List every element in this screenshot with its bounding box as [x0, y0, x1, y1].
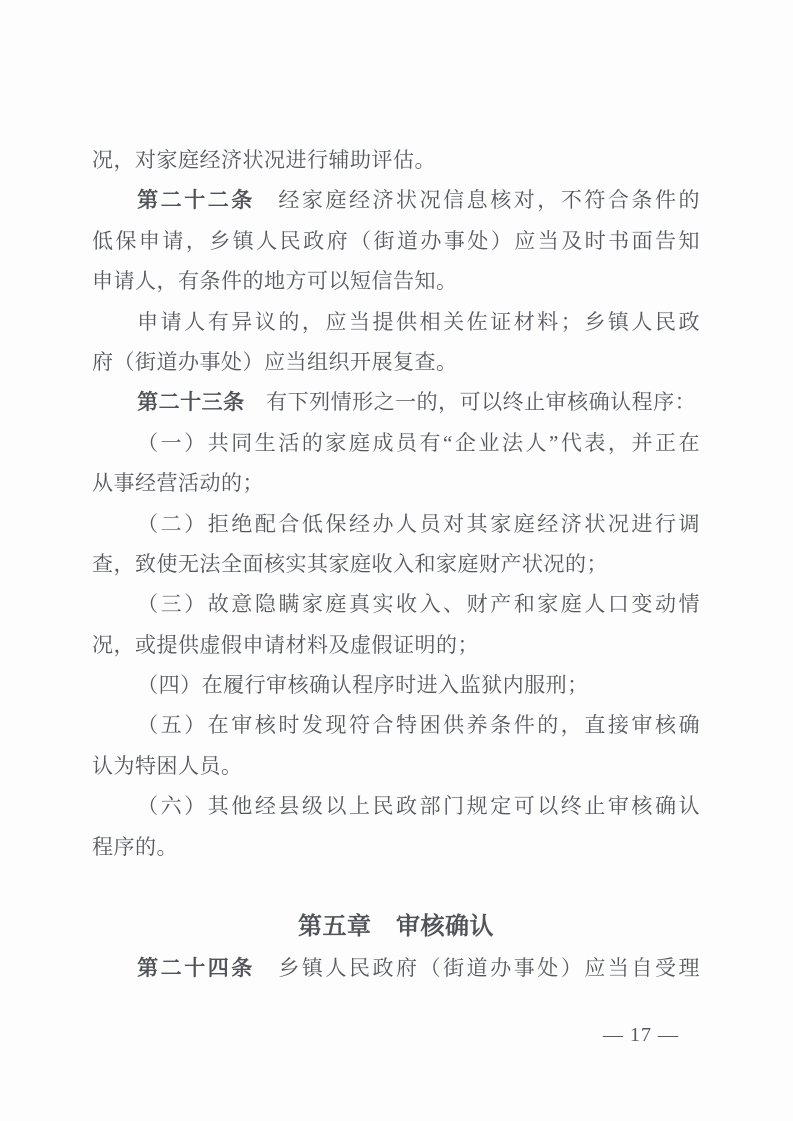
- text-segment: （三）故意隐瞒家庭真实收入、财产和家庭人口变动情: [137, 592, 700, 616]
- text-segment: 申请人有异议的，应当提供相关佐证材料；乡镇人民政: [137, 310, 700, 334]
- text-line: 第二十二条 经家庭经济状况信息核对，不符合条件的: [92, 180, 700, 220]
- bold-text-segment: 第二十三条: [137, 391, 245, 414]
- page-number: — 17 —: [603, 1020, 679, 1050]
- text-line: 府（街道办事处）应当组织开展复查。: [92, 342, 700, 382]
- text-segment: （一）共同生活的家庭成员有“企业法人”代表，并正在: [137, 431, 700, 455]
- text-segment: 低保申请，乡镇人民政府（街道办事处）应当及时书面告知: [92, 229, 700, 253]
- text-line: 低保申请，乡镇人民政府（街道办事处）应当及时书面告知: [92, 221, 700, 261]
- bold-text-segment: 第五章 审核确认: [298, 913, 494, 940]
- text-line: （五）在审核时发现符合特困供养条件的，直接审核确: [92, 705, 700, 745]
- text-line: （一）共同生活的家庭成员有“企业法人”代表，并正在: [92, 423, 700, 463]
- chapter-heading: 第五章 审核确认: [92, 907, 700, 947]
- text-segment: （四）在履行审核确认程序时进入监狱内服刑；: [137, 673, 589, 697]
- text-line: （六）其他经县级以上民政部门规定可以终止审核确认: [92, 786, 700, 826]
- text-segment: 申请人，有条件的地方可以短信告知。: [92, 269, 458, 293]
- text-line: 第二十三条 有下列情形之一的，可以终止审核确认程序：: [92, 382, 700, 422]
- text-segment: 程序的。: [92, 835, 178, 859]
- text-line: 程序的。: [92, 827, 700, 867]
- text-line: 从事经营活动的；: [92, 463, 700, 503]
- blank-line: [92, 867, 700, 907]
- text-line: （四）在履行审核确认程序时进入监狱内服刑；: [92, 665, 700, 705]
- text-segment: （二）拒绝配合低保经办人员对其家庭经济状况进行调: [137, 512, 700, 536]
- text-line: 认为特困人员。: [92, 746, 700, 786]
- text-segment: （六）其他经县级以上民政部门规定可以终止审核确认: [137, 794, 700, 818]
- text-segment: 经家庭经济状况信息核对，不符合条件的: [255, 188, 700, 212]
- text-line: 申请人，有条件的地方可以短信告知。: [92, 261, 700, 301]
- text-line: （三）故意隐瞒家庭真实收入、财产和家庭人口变动情: [92, 584, 700, 624]
- text-segment: 从事经营活动的；: [92, 471, 264, 495]
- bold-text-segment: 第二十四条: [137, 957, 255, 980]
- document-body: 况，对家庭经济状况进行辅助评估。第二十二条 经家庭经济状况信息核对，不符合条件的…: [92, 140, 700, 988]
- text-segment: 认为特困人员。: [92, 754, 243, 778]
- text-segment: 府（街道办事处）应当组织开展复查。: [92, 350, 458, 374]
- text-segment: 乡镇人民政府（街道办事处）应当自受理: [255, 956, 700, 980]
- text-segment: （五）在审核时发现符合特困供养条件的，直接审核确: [137, 713, 700, 737]
- text-line: 况，或提供虚假申请材料及虚假证明的；: [92, 625, 700, 665]
- text-line: （二）拒绝配合低保经办人员对其家庭经济状况进行调: [92, 504, 700, 544]
- text-line: 况，对家庭经济状况进行辅助评估。: [92, 140, 700, 180]
- text-segment: 况，或提供虚假申请材料及虚假证明的；: [92, 633, 479, 657]
- document-page: 况，对家庭经济状况进行辅助评估。第二十二条 经家庭经济状况信息核对，不符合条件的…: [0, 0, 793, 1121]
- bold-text-segment: 第二十二条: [137, 189, 255, 212]
- text-line: 查，致使无法全面核实其家庭收入和家庭财产状况的；: [92, 544, 700, 584]
- text-segment: 查，致使无法全面核实其家庭收入和家庭财产状况的；: [92, 552, 608, 576]
- text-segment: 有下列情形之一的，可以终止审核确认程序：: [245, 390, 697, 414]
- text-line: 第二十四条 乡镇人民政府（街道办事处）应当自受理: [92, 948, 700, 988]
- text-segment: 况，对家庭经济状况进行辅助评估。: [92, 148, 436, 172]
- text-line: 申请人有异议的，应当提供相关佐证材料；乡镇人民政: [92, 302, 700, 342]
